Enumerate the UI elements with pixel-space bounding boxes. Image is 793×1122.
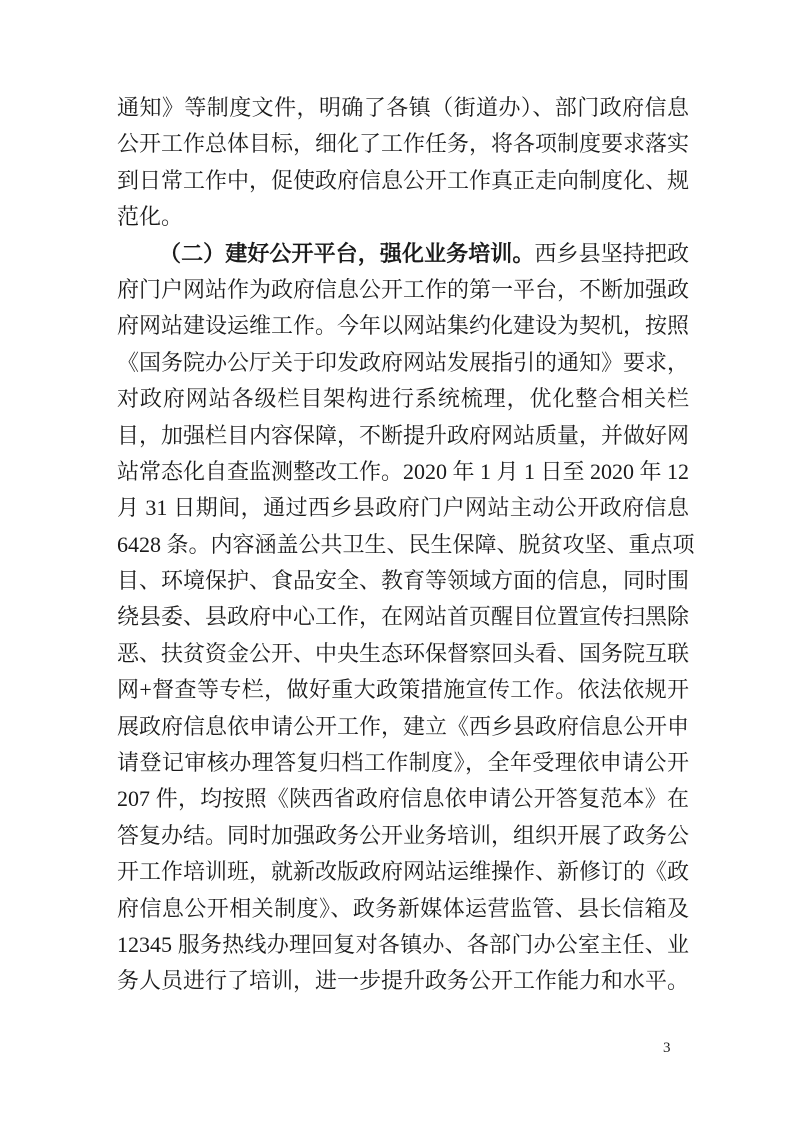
document-line: 开工作培训班，就新改版政府网站运维操作、新修订的《政 <box>117 854 689 890</box>
document-line: 目、环境保护、食品安全、教育等领域方面的信息，同时围 <box>117 563 689 599</box>
body-text: 站常态化自查监测整改工作。2020 年 1 月 1 日至 2020 年 12 <box>117 459 689 484</box>
document-line: 府门户网站作为政府信息公开工作的第一平台，不断加强政 <box>117 272 689 308</box>
document-line: 府信息公开相关制度》、政务新媒体运营监管、县长信箱及 <box>117 891 689 927</box>
body-text: 目、环境保护、食品安全、教育等领域方面的信息，同时围 <box>117 568 689 593</box>
page-number: 3 <box>663 1038 671 1058</box>
document-line: 到日常工作中，促使政府信息公开工作真正走向制度化、规 <box>117 163 689 199</box>
body-text: 绕县委、县政府中心工作，在网站首页醒目位置宣传扫黑除 <box>117 604 689 629</box>
document-line: 请登记审核办理答复归档工作制度》，全年受理依申请公开 <box>117 745 689 781</box>
body-text: 恶、扶贫资金公开、中央生态环保督察回头看、国务院互联 <box>117 641 689 666</box>
document-body: 通知》等制度文件，明确了各镇（街道办）、部门政府信息公开工作总体目标，细化了工作… <box>117 90 689 1000</box>
document-page: 通知》等制度文件，明确了各镇（街道办）、部门政府信息公开工作总体目标，细化了工作… <box>0 0 793 1122</box>
document-line: 展政府信息依申请公开工作，建立《西乡县政府信息公开申 <box>117 709 689 745</box>
body-text: 答复办结。同时加强政务公开业务培训，组织开展了政务公 <box>117 823 689 848</box>
document-line: 月 31 日期间，通过西乡县政府门户网站主动公开政府信息 <box>117 490 689 526</box>
document-line: （二）建好公开平台，强化业务培训。西乡县坚持把政 <box>117 236 689 272</box>
body-text: 府网站建设运维工作。今年以网站集约化建设为契机，按照 <box>117 313 689 338</box>
document-line: 务人员进行了培训，进一步提升政务公开工作能力和水平。 <box>117 963 689 999</box>
document-line: 《国务院办公厅关于印发政府网站发展指引的通知》要求， <box>117 345 689 381</box>
body-text: 《国务院办公厅关于印发政府网站发展指引的通知》要求， <box>117 350 689 375</box>
document-line: 通知》等制度文件，明确了各镇（街道办）、部门政府信息 <box>117 90 689 126</box>
body-text: 通知》等制度文件，明确了各镇（街道办）、部门政府信息 <box>117 95 689 120</box>
document-line: 答复办结。同时加强政务公开业务培训，组织开展了政务公 <box>117 818 689 854</box>
document-line: 目，加强栏目内容保障，不断提升政府网站质量，并做好网 <box>117 418 689 454</box>
body-text: 西乡县坚持把政 <box>534 241 689 266</box>
body-text: 务人员进行了培训，进一步提升政务公开工作能力和水平。 <box>117 968 689 993</box>
body-text: 府信息公开相关制度》、政务新媒体运营监管、县长信箱及 <box>117 896 689 921</box>
body-text: 207 件，均按照《陕西省政府信息依申请公开答复范本》在 <box>117 786 689 811</box>
body-text: 展政府信息依申请公开工作，建立《西乡县政府信息公开申 <box>117 714 689 739</box>
document-line: 恶、扶贫资金公开、中央生态环保督察回头看、国务院互联 <box>117 636 689 672</box>
document-line: 站常态化自查监测整改工作。2020 年 1 月 1 日至 2020 年 12 <box>117 454 689 490</box>
document-line: 绕县委、县政府中心工作，在网站首页醒目位置宣传扫黑除 <box>117 599 689 635</box>
body-text: 网+督查等专栏，做好重大政策措施宣传工作。依法依规开 <box>117 677 689 702</box>
body-text: 到日常工作中，促使政府信息公开工作真正走向制度化、规 <box>117 168 689 193</box>
body-text: 范化。 <box>117 204 183 229</box>
document-line: 府网站建设运维工作。今年以网站集约化建设为契机，按照 <box>117 308 689 344</box>
body-text: 府门户网站作为政府信息公开工作的第一平台，不断加强政 <box>117 277 689 302</box>
document-line: 6428 条。内容涵盖公共卫生、民生保障、脱贫攻坚、重点项 <box>117 527 689 563</box>
document-line: 网+督查等专栏，做好重大政策措施宣传工作。依法依规开 <box>117 672 689 708</box>
body-text: 月 31 日期间，通过西乡县政府门户网站主动公开政府信息 <box>117 495 689 520</box>
document-line: 对政府网站各级栏目架构进行系统梳理，优化整合相关栏 <box>117 381 689 417</box>
document-line: 范化。 <box>117 199 689 235</box>
page-footer: 3 <box>0 1036 793 1066</box>
body-text: 12345 服务热线办理回复对各镇办、各部门办公室主任、业 <box>117 932 689 957</box>
document-line: 207 件，均按照《陕西省政府信息依申请公开答复范本》在 <box>117 781 689 817</box>
document-line: 12345 服务热线办理回复对各镇办、各部门办公室主任、业 <box>117 927 689 963</box>
body-text: 目，加强栏目内容保障，不断提升政府网站质量，并做好网 <box>117 423 689 448</box>
section-heading-text: （二）建好公开平台，强化业务培训。 <box>159 241 534 266</box>
body-text: 6428 条。内容涵盖公共卫生、民生保障、脱贫攻坚、重点项 <box>117 532 695 557</box>
document-line: 公开工作总体目标，细化了工作任务，将各项制度要求落实 <box>117 126 689 162</box>
body-text: 请登记审核办理答复归档工作制度》，全年受理依申请公开 <box>117 750 689 775</box>
body-text: 开工作培训班，就新改版政府网站运维操作、新修订的《政 <box>117 859 689 884</box>
body-text: 公开工作总体目标，细化了工作任务，将各项制度要求落实 <box>117 131 689 156</box>
body-text: 对政府网站各级栏目架构进行系统梳理，优化整合相关栏 <box>117 386 689 411</box>
